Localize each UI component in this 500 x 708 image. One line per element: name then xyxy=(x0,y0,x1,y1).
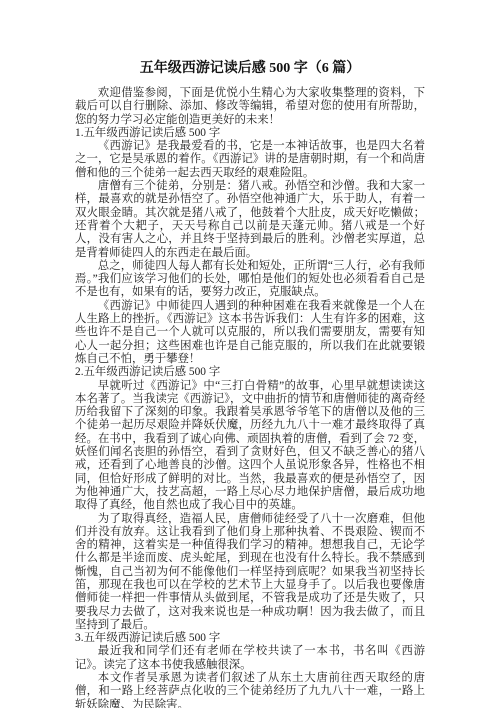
document-page: 五年级西游记读后感 500 字（6 篇） 欢迎借鉴参阅，下面是优悦小生精心为大家… xyxy=(0,0,500,708)
section-3-paragraph: 本文作者吴承恩为读者们叙述了从东土大唐前往西天取经的唐僧，和一路上经菩萨点化收的… xyxy=(75,672,425,708)
section-1-paragraph: 《西游记》是我最爱看的书，它是一本神话故事，也是四大名着之一，它是吴承恩的着作。… xyxy=(75,140,425,180)
section-1-heading: 1.五年级西游记读后感 500 字 xyxy=(75,127,425,140)
section-3-heading: 3.五年级西游记读后感 500 字 xyxy=(75,632,425,645)
doc-body: 欢迎借鉴参阅，下面是优悦小生精心为大家收集整理的资料，下载后可以自行删除、添加、… xyxy=(75,87,425,708)
section-1-paragraph: 总之，师徒四人每人都有长处和短处，正所谓“三人行，必有我师焉。”我们应该学习他们… xyxy=(75,260,425,300)
section-2-heading: 2.五年级西游记读后感 500 字 xyxy=(75,366,425,379)
section-2-paragraph: 为了取得真经，造福人民，唐僧师徒经受了八十一次磨难，但他们并没有放弃。这让我看到… xyxy=(75,513,425,633)
section-1-paragraph: 唐僧有三个徒弟，分别是：猪八戒。孙悟空和沙僧。我和大家一样，最喜欢的就是孙悟空了… xyxy=(75,180,425,260)
intro-paragraph: 欢迎借鉴参阅，下面是优悦小生精心为大家收集整理的资料，下载后可以自行删除、添加、… xyxy=(75,87,425,127)
section-2-paragraph: 早就听过《西游记》中“三打白骨精”的故事，心里早就想读读这本名著了。当我读完《西… xyxy=(75,380,425,513)
section-1-paragraph: 《西游记》中师徒四人遇到的种种困难在我看来就像是一个人在人生路上的挫折。《西游记… xyxy=(75,300,425,366)
doc-title: 五年级西游记读后感 500 字（6 篇） xyxy=(75,60,425,78)
section-3-paragraph: 最近我和同学们还有老师在学校共读了一本书，书名叫《西游记》。读完了这本书使我感触… xyxy=(75,645,425,672)
